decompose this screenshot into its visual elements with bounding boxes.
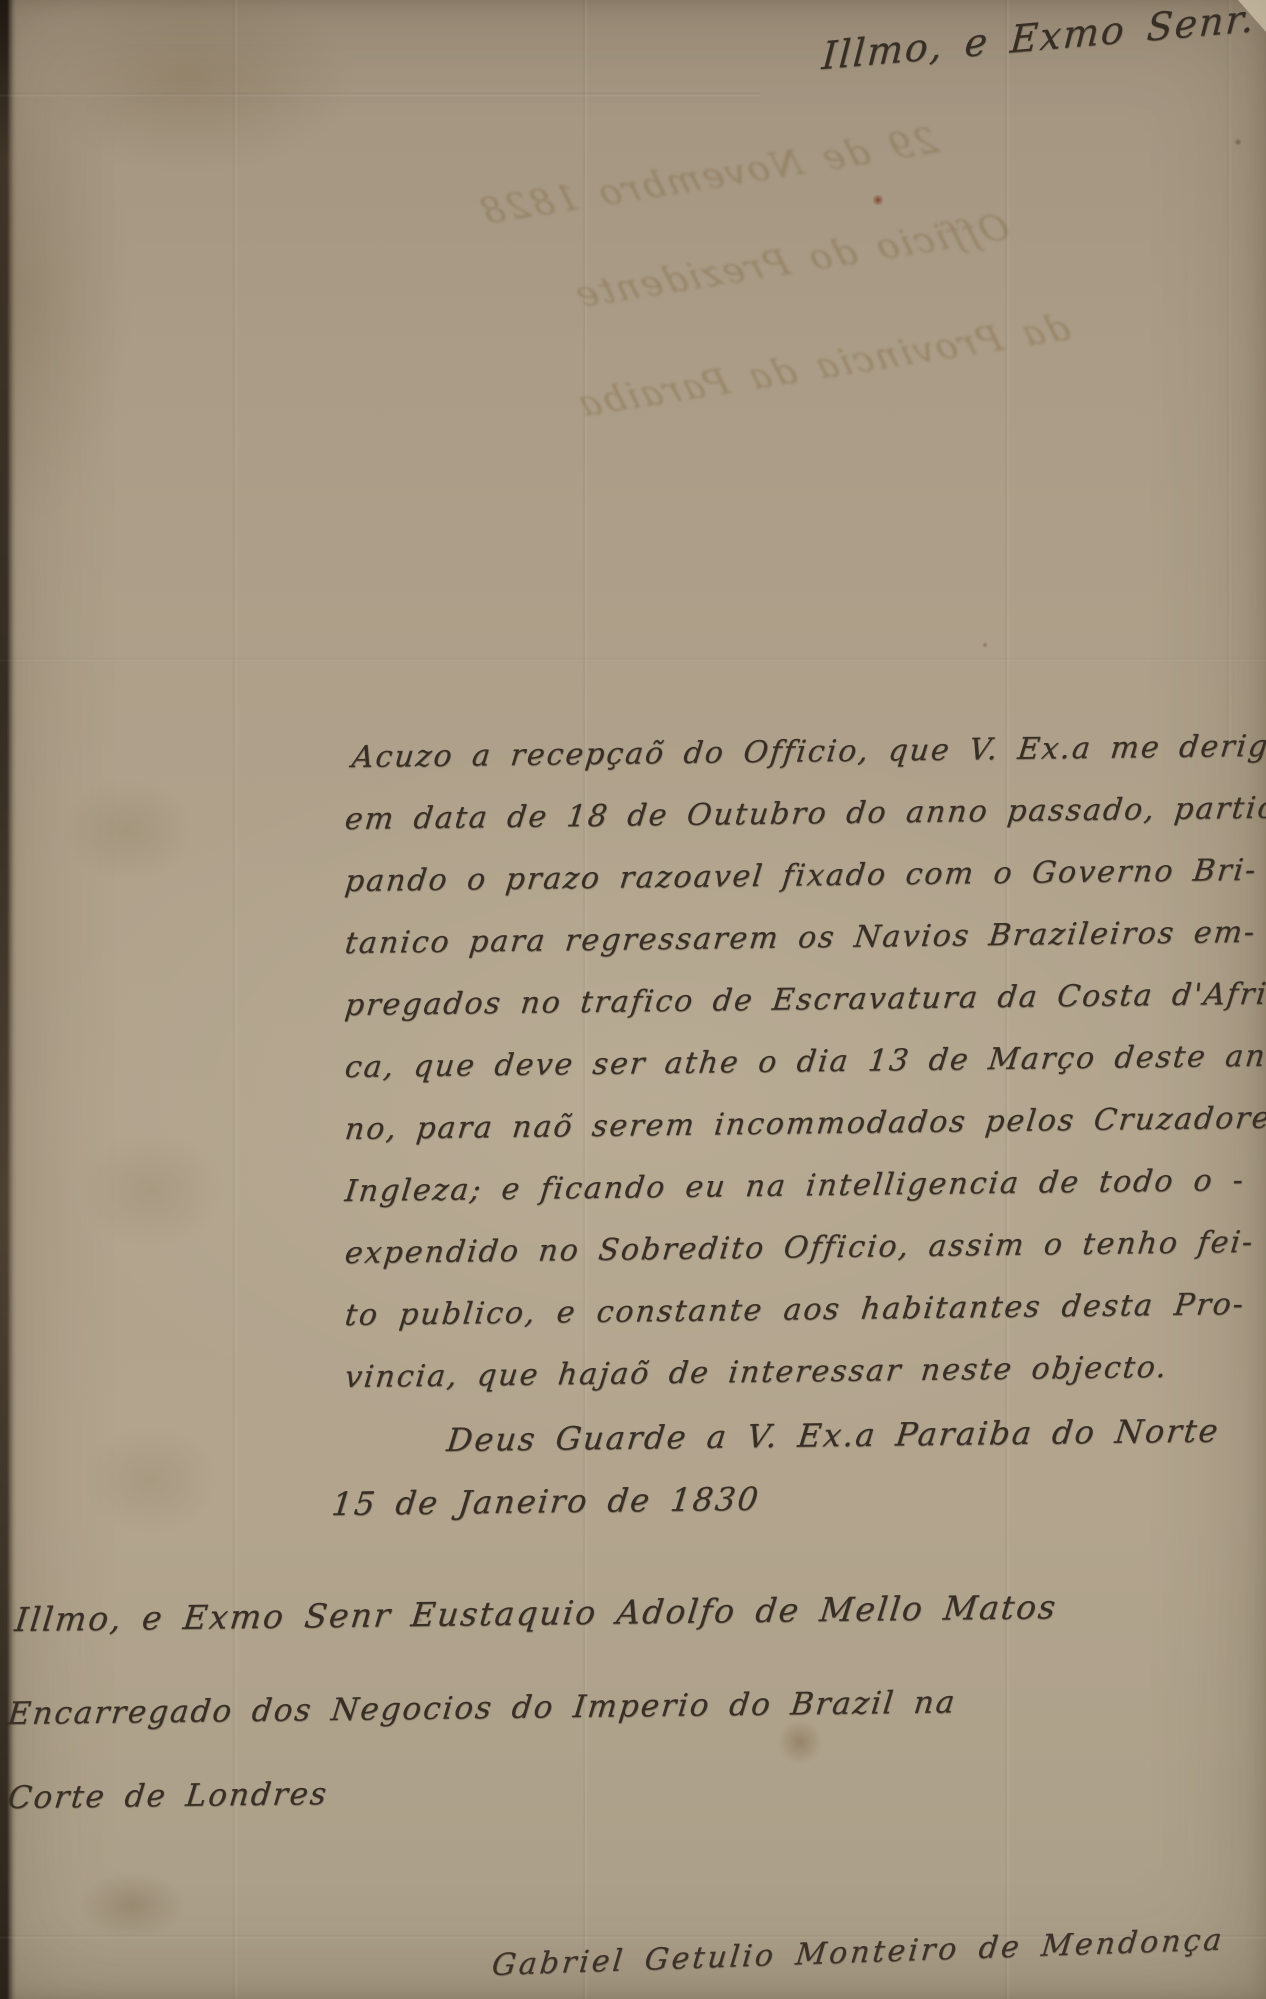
closing-line: Deus Guarde a V. Ex.a Paraiba do Norte <box>445 1408 1266 1461</box>
fold-crease-horizontal <box>0 92 760 97</box>
body-line: tanico para regressarem os Navios Brazil… <box>343 912 1248 965</box>
body-line: pando o prazo razoavel fixado com o Gove… <box>343 850 1248 903</box>
body-line: expendido no Sobredito Officio, assim o … <box>343 1222 1248 1275</box>
fold-crease-vertical <box>1226 0 1232 760</box>
bleedthrough-line: 29 de Novembro 1828 <box>537 121 943 223</box>
body-line: vincia, que hajaõ de interessar neste ob… <box>343 1346 1248 1399</box>
bleedthrough-line: Officio do Prezidente <box>490 208 1015 329</box>
date-line: 15 de Janeiro de 1830 <box>330 1472 1235 1525</box>
body-line: Acuzo a recepçaõ do Officio, que V. Ex.a… <box>350 726 1255 779</box>
body-line: pregados no trafico de Escravatura da Co… <box>343 974 1248 1027</box>
address-line: Illmo, e Exmo Senr Eustaquio Adolfo de M… <box>13 1585 1060 1642</box>
body-line: no, para naõ serem incommodados pelos Cr… <box>343 1098 1248 1151</box>
address-line: Corte de Londres <box>6 1772 331 1820</box>
body-line: ca, que deve ser athe o dia 13 de Março … <box>343 1036 1248 1089</box>
fold-crease-horizontal <box>0 657 1266 662</box>
body-line: Ingleza; e ficando eu na intelligencia d… <box>343 1160 1248 1213</box>
address-line: Encarregado dos Negocios do Imperio do B… <box>6 1680 959 1736</box>
body-line: to publico, e constante aos habitantes d… <box>343 1284 1248 1337</box>
body-line: em data de 18 de Outubro do anno passado… <box>343 788 1248 841</box>
manuscript-page: 29 de Novembro 1828 Officio do Prezident… <box>0 0 1266 1999</box>
bleedthrough-line: da Provincia da Paraiba <box>589 308 1074 423</box>
